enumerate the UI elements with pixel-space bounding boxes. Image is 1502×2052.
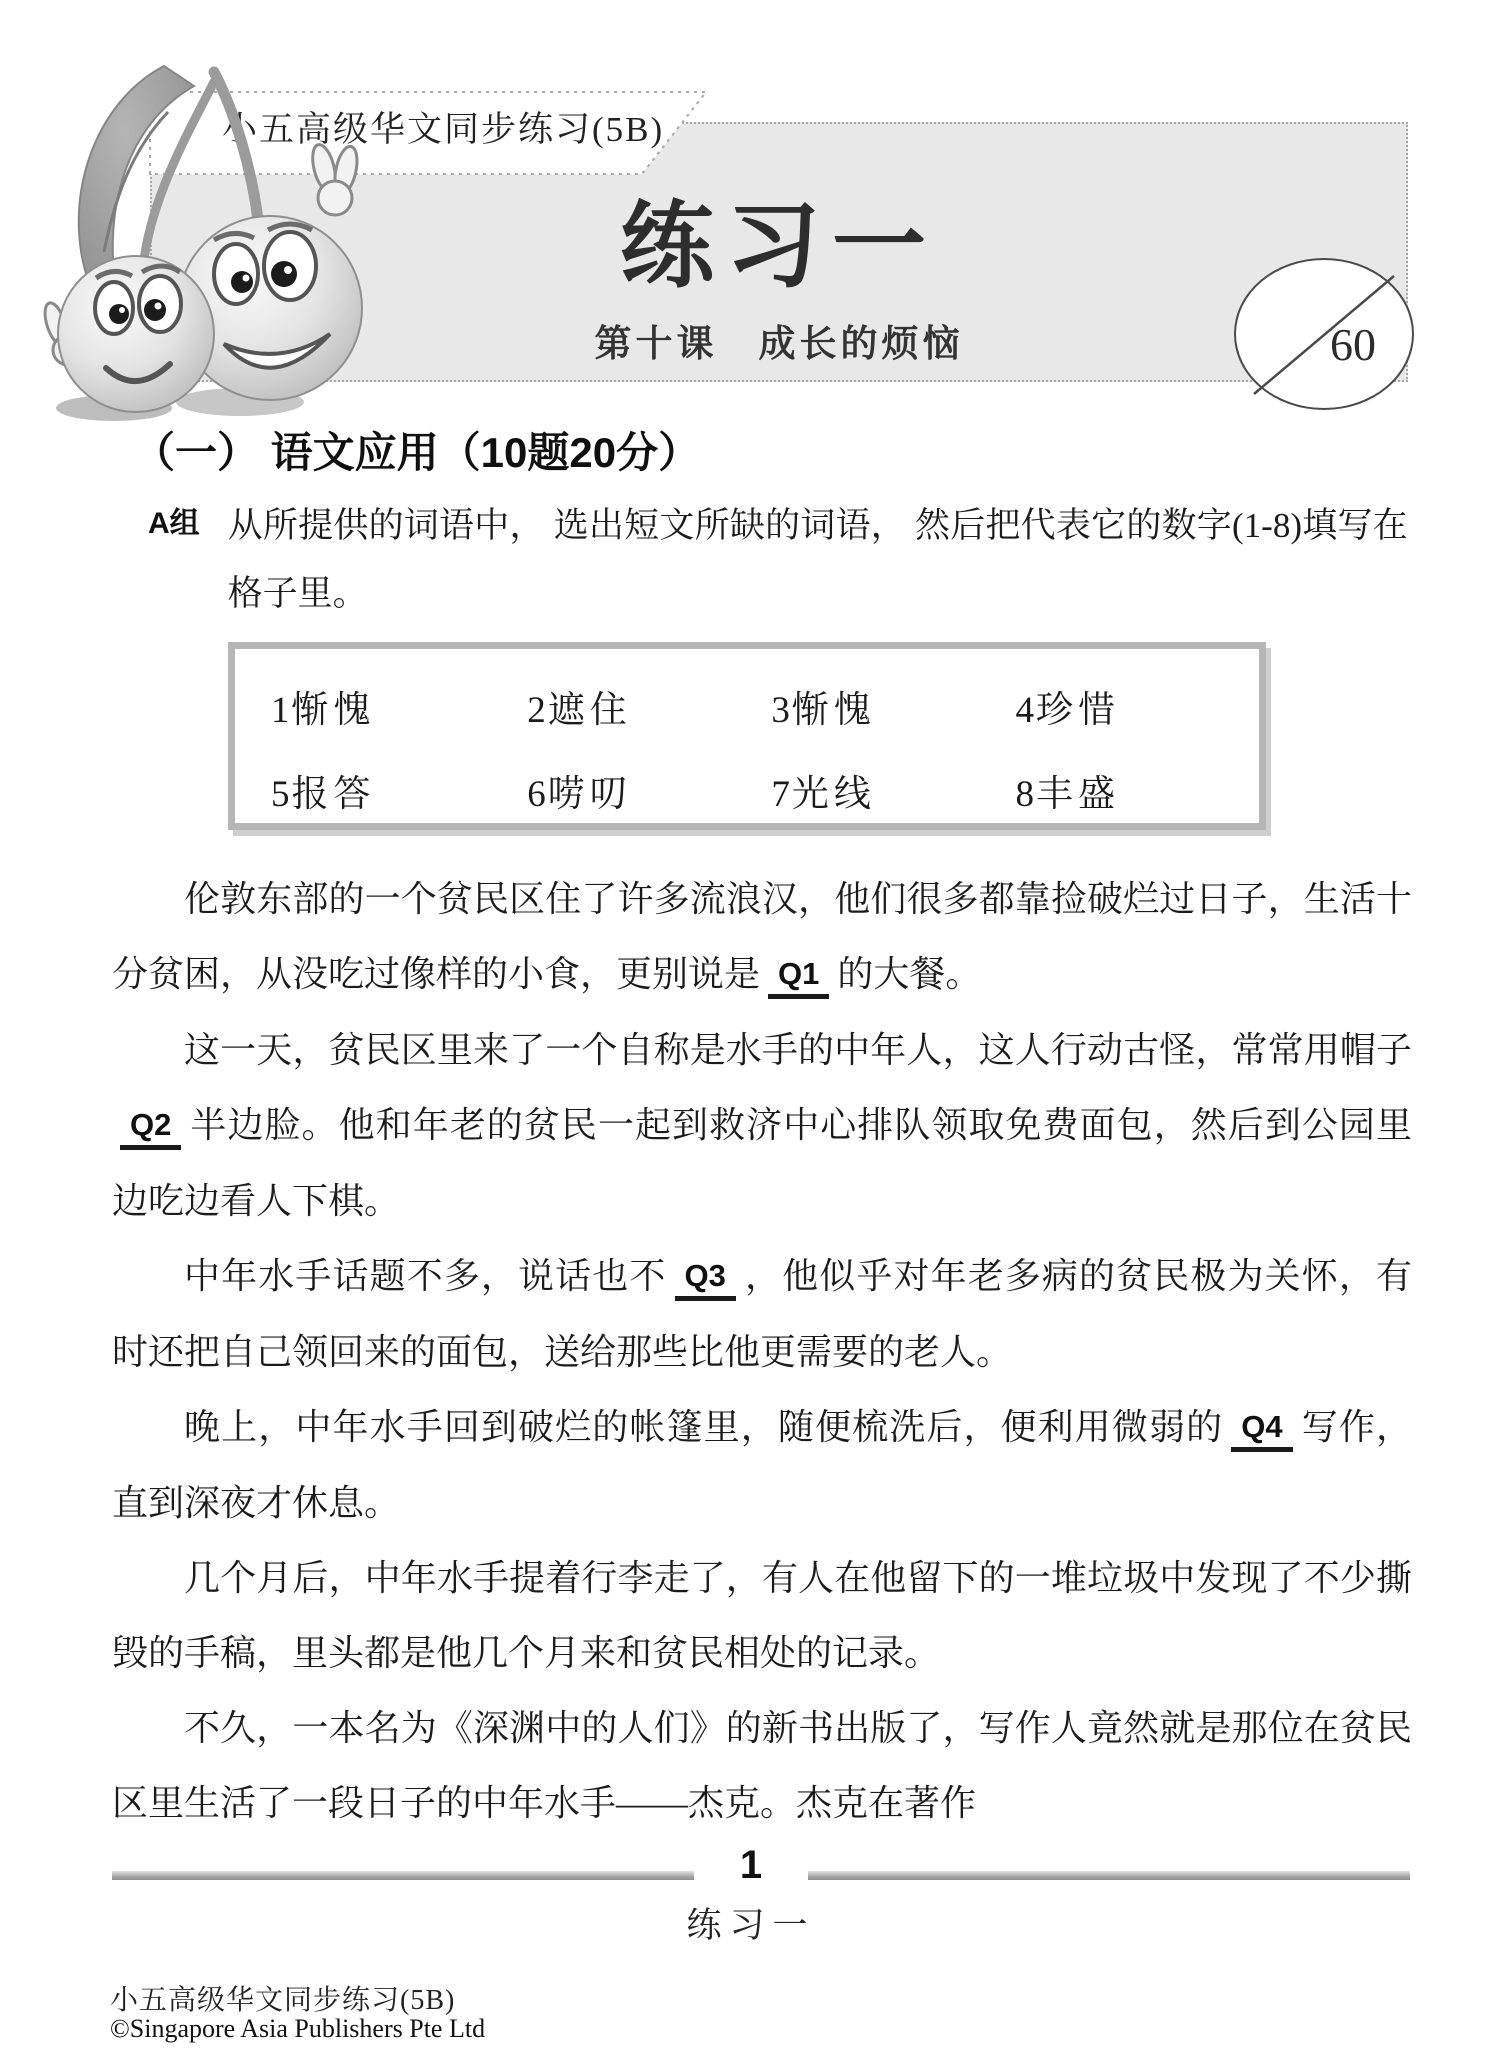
group-label: A组	[148, 492, 200, 628]
word-bank-grid: 1惭愧2遮住3惭愧4珍惜5报答6唠叨7光线8丰盛	[271, 679, 1223, 817]
footer-rule-left	[112, 1871, 694, 1880]
score-circle[interactable]: 60	[1234, 258, 1414, 410]
blank-q1[interactable]: Q1	[768, 956, 829, 999]
blank-q2[interactable]: Q2	[120, 1107, 181, 1150]
footer-rule-right	[808, 1871, 1410, 1880]
blank-q4[interactable]: Q4	[1231, 1409, 1292, 1452]
instruction-text: 从所提供的词语中， 选出短文所缺的词语， 然后把代表它的数字(1-8)填写在格子…	[228, 492, 1408, 628]
word-bank-item: 5报答	[271, 763, 527, 817]
cherry-left	[58, 256, 214, 412]
cherry-mascots-illustration	[18, 52, 380, 434]
workbook-page: 小五高级华文同步练习(5B) 练习一 第十课 成长的烦恼 60 （一） 语文应用…	[0, 0, 1502, 2052]
passage: 伦敦东部的一个贫民区住了许多流浪汉，他们很多都靠捡破烂过日子，生活十分贫困，从没…	[112, 862, 1412, 1841]
passage-paragraph: 这一天，贫民区里来了一个自称是水手的中年人，这人行动古怪，常常用帽子Q2半边脸。…	[112, 1013, 1412, 1239]
passage-paragraph: 晚上，中年水手回到破烂的帐篷里，随便梳洗后，便利用微弱的Q4写作，直到深夜才休息…	[112, 1390, 1412, 1541]
word-bank-item: 6唠叨	[527, 763, 771, 817]
word-bank-item: 8丰盛	[1016, 763, 1223, 817]
passage-paragraph: 伦敦东部的一个贫民区住了许多流浪汉，他们很多都靠捡破烂过日子，生活十分贫困，从没…	[112, 862, 1412, 1013]
blank-q3[interactable]: Q3	[675, 1258, 736, 1301]
hand	[308, 142, 360, 215]
word-bank-item: 1惭愧	[271, 679, 527, 733]
footer-exercise-label: 练习一	[680, 1898, 822, 1948]
footer-series-title: 小五高级华文同步练习(5B)	[110, 1978, 455, 2018]
word-bank-item: 4珍惜	[1016, 679, 1223, 733]
word-bank-box: 1惭愧2遮住3惭愧4珍惜5报答6唠叨7光线8丰盛	[228, 642, 1266, 830]
word-bank-item: 2遮住	[527, 679, 771, 733]
word-bank-item: 3惭愧	[771, 679, 1015, 733]
page-number: 1	[694, 1843, 808, 1888]
passage-paragraph: 不久，一本名为《深渊中的人们》的新书出版了，写作人竟然就是那位在贫民区里生活了一…	[112, 1691, 1412, 1841]
score-max: 60	[1330, 318, 1376, 371]
passage-paragraph: 几个月后，中年水手提着行李走了，有人在他留下的一堆垃圾中发现了不少撕毁的手稿，里…	[112, 1541, 1412, 1691]
score-slash	[1236, 260, 1412, 408]
footer-copyright: ©Singapore Asia Publishers Pte Ltd	[110, 2014, 485, 2044]
passage-paragraph: 中年水手话题不多，说话也不Q3，他似乎对年老多病的贫民极为关怀，有时还把自己领回…	[112, 1239, 1412, 1390]
word-bank-item: 7光线	[771, 763, 1015, 817]
stem	[214, 72, 258, 220]
group-a-row: A组 从所提供的词语中， 选出短文所缺的词语， 然后把代表它的数字(1-8)填写…	[148, 492, 1410, 628]
